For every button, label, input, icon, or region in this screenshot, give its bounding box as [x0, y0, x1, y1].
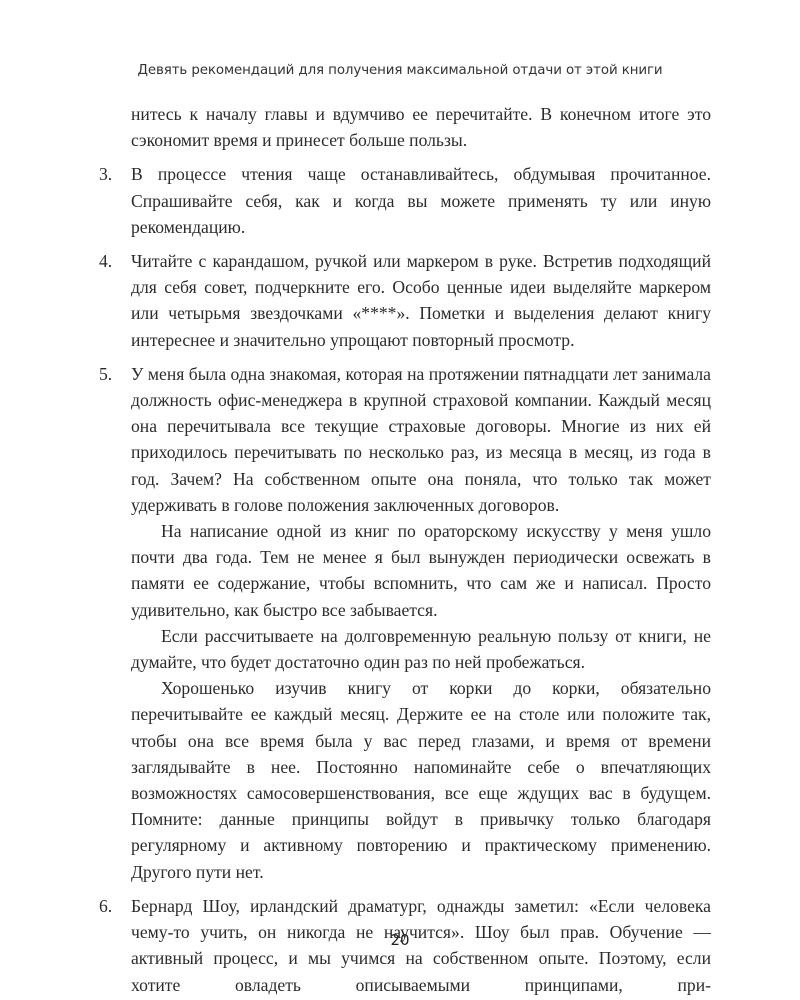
list-item-5: 5. У меня была одна знакомая, которая на…: [131, 361, 711, 885]
list-number: 4.: [99, 248, 112, 274]
list-item-text: У меня была одна знакомая, которая на пр…: [131, 361, 711, 518]
list-item-text: Читайте с карандашом, ручкой или маркеро…: [131, 248, 711, 353]
list-item-paragraph: Хорошенько изучив книгу от корки до корк…: [131, 675, 711, 885]
page-number: 20: [0, 931, 800, 949]
continuation-paragraph: нитесь к началу главы и вдумчиво ее пере…: [131, 101, 711, 153]
list-number: 3.: [99, 161, 112, 187]
list-item-text: В процессе чтения чаще останавливайтесь,…: [131, 161, 711, 240]
list-item-4: 4. Читайте с карандашом, ручкой или марк…: [131, 248, 711, 353]
list-item-paragraph: На написание одной из книг по ораторском…: [131, 518, 711, 623]
list-number: 6.: [99, 893, 112, 919]
page-body: нитесь к началу главы и вдумчиво ее пере…: [131, 101, 711, 998]
running-header: Девять рекомендаций для получения максим…: [0, 63, 800, 78]
list-number: 5.: [99, 361, 112, 387]
list-item-3: 3. В процессе чтения чаще останавливайте…: [131, 161, 711, 240]
list-item-paragraph: Если рассчитываете на долговременную реа…: [131, 623, 711, 675]
